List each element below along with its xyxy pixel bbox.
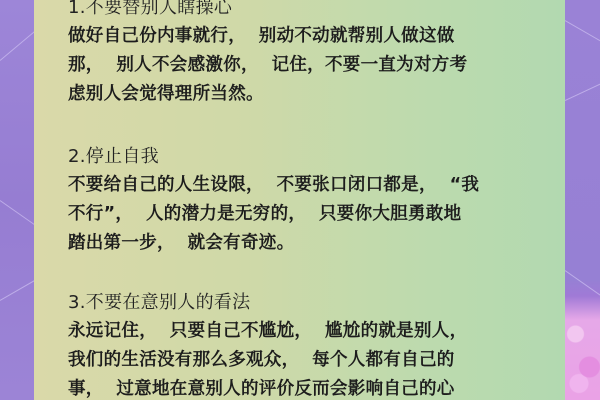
right-decorative-border [565,0,600,400]
paragraph-line: 永远记住， 只要自己不尴尬， 尴尬的就是别人， [68,317,538,346]
paragraph-line: 不行”， 人的潜力是无穷的， 只要你大胆勇敢地 [68,200,538,229]
left-decorative-border [0,0,34,400]
decorative-line [0,200,34,229]
section-heading: 2.停止自我 [68,142,538,171]
paragraph-line: 做好自己份内事就行， 别动不动就帮别人做这做 [68,22,538,51]
paragraph-line: 踏出第一步， 就会有奇迹。 [68,229,538,258]
paragraph-line: 不要给自己的人生设限， 不要张口闭口都是， “我 [68,171,538,200]
section-2: 2.停止自我 不要给自己的人生设限， 不要张口闭口都是， “我 不行”， 人的潜… [68,142,538,258]
paragraph-line: 我们的生活没有那么多观众， 每个人都有自己的 [68,346,538,375]
section-3: 3.不要在意别人的看法 永远记住， 只要自己不尴尬， 尴尬的就是别人， 我们的生… [68,288,538,400]
decorative-line [565,79,600,101]
section-heading: 1.不要替别人瞎操心 [68,0,538,22]
decorative-line [565,20,600,46]
paragraph-line: 那， 别人不会感激你， 记住，不要一直为对方考 [68,51,538,80]
decorative-line [0,28,34,61]
paragraph-line: 虑别人会觉得理所当然。 [68,80,538,109]
decorative-line [0,275,34,301]
decorative-line [565,270,600,299]
paragraph-line: 事， 过意地在意别人的评价反而会影响自己的心 [68,375,538,400]
section-heading: 3.不要在意别人的看法 [68,288,538,317]
section-1: 1.不要替别人瞎操心 做好自己份内事就行， 别动不动就帮别人做这做 那， 别人不… [68,0,538,109]
